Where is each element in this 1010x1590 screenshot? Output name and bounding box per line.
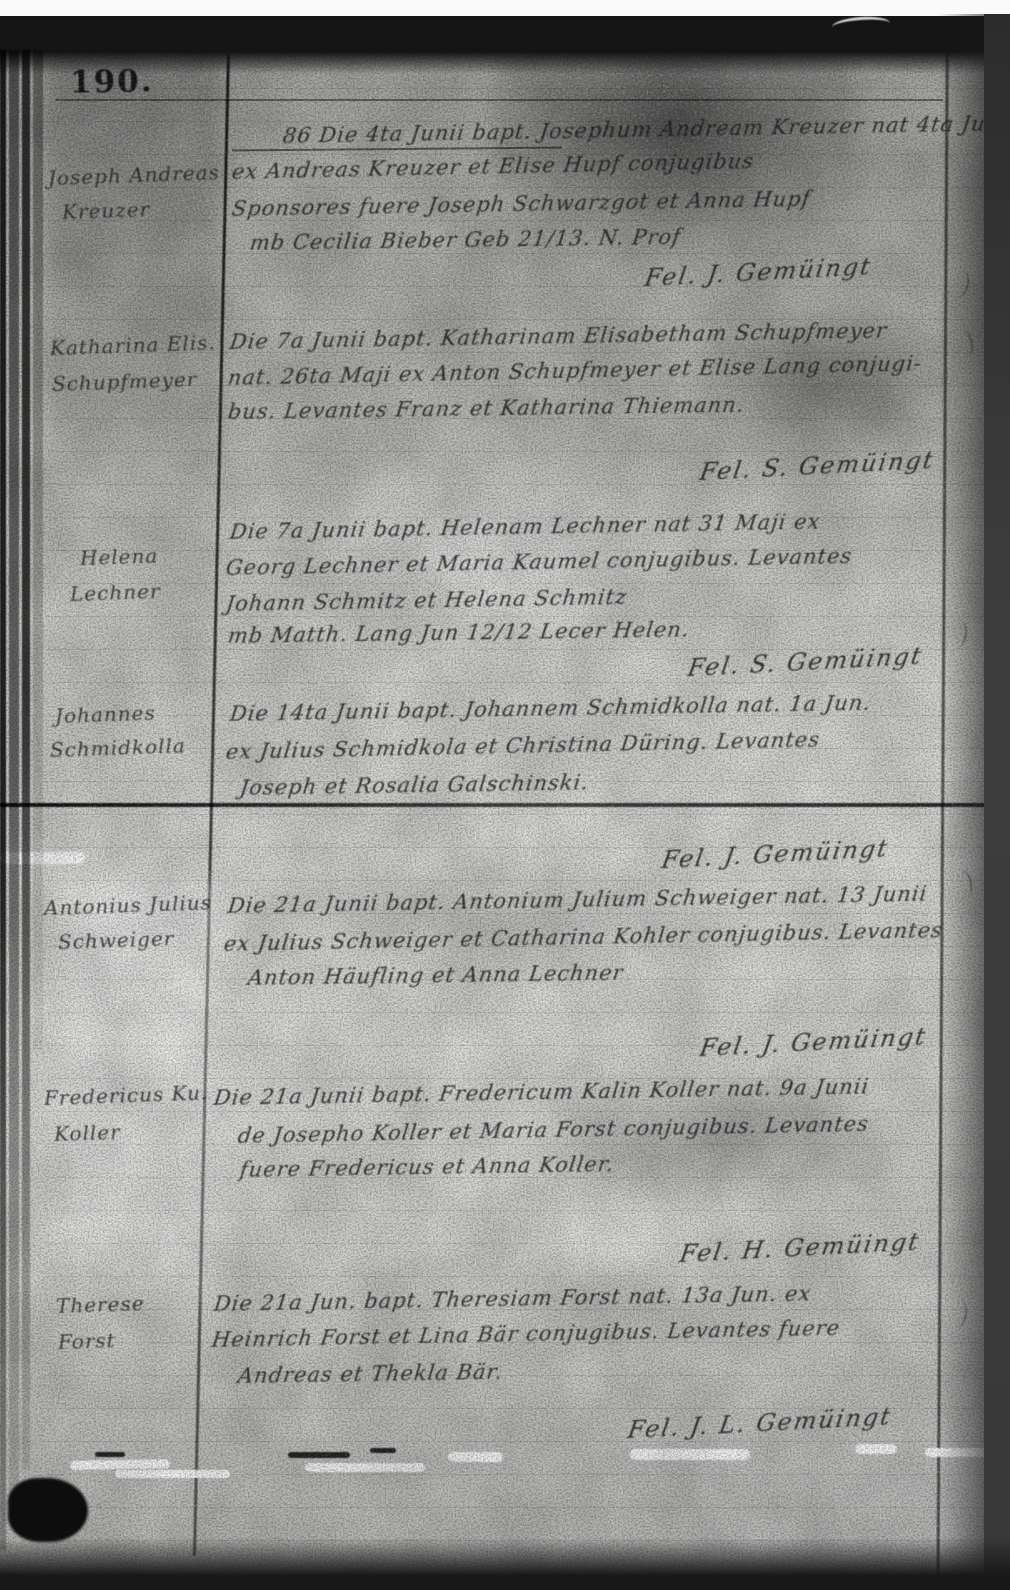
scanner-top-white-strip bbox=[0, 0, 1010, 16]
horizontal-rule-heavy bbox=[0, 803, 986, 807]
entry-4-margin-name: Schmidkolla bbox=[50, 733, 187, 762]
register-page-scan: 190. Joseph Andreas Kreuzer 86 Die 4ta J… bbox=[0, 0, 1010, 1590]
white-streak bbox=[448, 1452, 503, 1462]
right-gutter-shadow bbox=[938, 14, 984, 1590]
right-black-band bbox=[984, 14, 1010, 1590]
dark-streak bbox=[370, 1448, 396, 1453]
white-streak bbox=[855, 1444, 897, 1454]
entry-5-margin-name: Schweiger bbox=[58, 926, 175, 954]
entry-7-margin-name: Forst bbox=[58, 1328, 116, 1354]
entry-6-margin-name: Koller bbox=[54, 1120, 121, 1146]
left-binding-stripe bbox=[22, 50, 30, 1470]
white-streak bbox=[305, 1463, 425, 1472]
entry-1-margin-name: Kreuzer bbox=[62, 197, 151, 224]
white-streak bbox=[630, 1449, 750, 1460]
white-streak bbox=[70, 1459, 170, 1470]
entry-7-margin-name: Therese bbox=[56, 1291, 145, 1318]
left-binding-stripe bbox=[0, 50, 6, 1550]
bottom-black-band bbox=[0, 1538, 1010, 1590]
entry-3-margin-name: Lechner bbox=[70, 579, 161, 606]
left-binding-stripe bbox=[9, 50, 19, 1510]
horizontal-rule-top bbox=[55, 99, 943, 101]
left-binding-stripe bbox=[33, 50, 43, 1050]
entry-2-margin-name: Schupfmeyer bbox=[52, 367, 198, 396]
entry-3-margin-name: Helena bbox=[80, 543, 159, 570]
entry-7-text-line: Andreas et Thekla Bär. bbox=[237, 1360, 505, 1388]
entry-4-margin-name: Johannes bbox=[55, 700, 157, 728]
dark-streak bbox=[288, 1452, 350, 1458]
bottom-left-ink-blob bbox=[8, 1478, 88, 1542]
white-streak bbox=[115, 1470, 230, 1478]
dark-streak bbox=[95, 1452, 125, 1457]
